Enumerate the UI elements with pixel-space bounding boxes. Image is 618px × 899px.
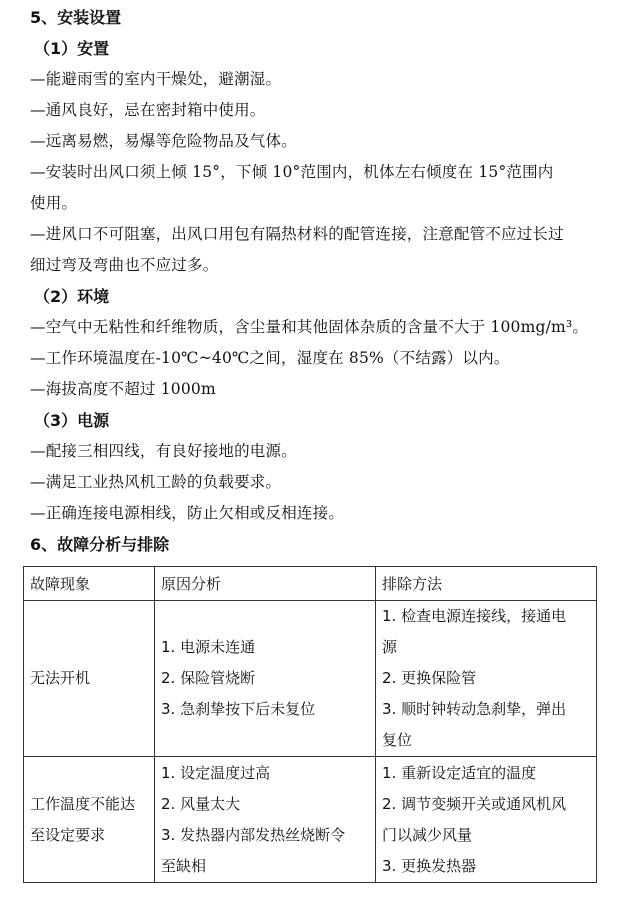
symptom-text: 至设定要求: [30, 820, 148, 851]
document-page: 5、安装设置 （1）安置 —能避雨雪的室内干燥处，避潮湿。 —通风良好，忌在密封…: [30, 2, 600, 560]
troubleshooting-table: 故障现象 原因分析 排除方法 无法开机 1. 电源未连通 2. 保险管烧断 3.…: [23, 566, 597, 883]
solution-cell: 1. 重新设定适宜的温度 2. 调节变频开关或通风机风 门以减少风量 3. 更换…: [376, 757, 597, 883]
table-row: 无法开机 1. 电源未连通 2. 保险管烧断 3. 急刹挚按下后未复位 1. 检…: [24, 601, 597, 757]
table-header-row: 故障现象 原因分析 排除方法: [24, 567, 597, 601]
placement-line: —通风良好，忌在密封箱中使用。: [30, 95, 600, 126]
cause-item: 1. 设定温度过高: [161, 758, 369, 789]
placement-line: —远离易燃，易爆等危险物品及气体。: [30, 126, 600, 157]
environment-line: —海拔高度不超过 1000m: [30, 374, 600, 405]
cause-item: 3. 急刹挚按下后未复位: [161, 694, 369, 725]
troubleshooting-table-wrapper: 故障现象 原因分析 排除方法 无法开机 1. 电源未连通 2. 保险管烧断 3.…: [23, 566, 597, 883]
power-line: —配接三相四线，有良好接地的电源。: [30, 436, 600, 467]
solution-item: 2. 调节变频开关或通风机风: [382, 789, 590, 820]
cause-item: 3. 发热器内部发热丝烧断令: [161, 820, 369, 851]
cause-item: 2. 风量太大: [161, 789, 369, 820]
solution-item: 门以减少风量: [382, 820, 590, 851]
symptom-text: 工作温度不能达: [30, 789, 148, 820]
section-5-title: 5、安装设置: [30, 2, 600, 33]
header-solution: 排除方法: [376, 567, 597, 601]
placement-line: —进风口不可阻塞，出风口用包有隔热材料的配管连接，注意配管不应过长过: [30, 219, 600, 250]
header-symptom: 故障现象: [24, 567, 155, 601]
solution-item: 2. 更换保险管: [382, 663, 590, 694]
environment-line: —工作环境温度在-10℃~40℃之间，湿度在 85%（不结露）以内。: [30, 343, 600, 374]
power-line: —正确连接电源相线，防止欠相或反相连接。: [30, 498, 600, 529]
section-6-title: 6、故障分析与排除: [30, 529, 600, 560]
cause-item: 1. 电源未连通: [161, 632, 369, 663]
solution-cell: 1. 检查电源连接线，接通电 源 2. 更换保险管 3. 顺时钟转动急刹挚，弹出…: [376, 601, 597, 757]
solution-item: 复位: [382, 725, 590, 756]
placement-line: —能避雨雪的室内干燥处，避潮湿。: [30, 64, 600, 95]
solution-item: 源: [382, 632, 590, 663]
table-row: 工作温度不能达 至设定要求 1. 设定温度过高 2. 风量太大 3. 发热器内部…: [24, 757, 597, 883]
cause-item: 至缺相: [161, 851, 369, 882]
subsection-power-title: （3）电源: [30, 405, 600, 436]
solution-item: 1. 检查电源连接线，接通电: [382, 601, 590, 632]
solution-item: 3. 顺时钟转动急刹挚，弹出: [382, 694, 590, 725]
cause-item: 2. 保险管烧断: [161, 663, 369, 694]
subsection-environment-title: （2）环境: [30, 281, 600, 312]
cause-cell: 1. 设定温度过高 2. 风量太大 3. 发热器内部发热丝烧断令 至缺相: [155, 757, 376, 883]
symptom-cell: 无法开机: [24, 601, 155, 757]
subsection-placement-title: （1）安置: [30, 33, 600, 64]
header-cause: 原因分析: [155, 567, 376, 601]
solution-item: 1. 重新设定适宜的温度: [382, 758, 590, 789]
power-line: —满足工业热风机工龄的负载要求。: [30, 467, 600, 498]
environment-line: —空气中无粘性和纤维物质，含尘量和其他固体杂质的含量不大于 100mg/m³。: [30, 312, 600, 343]
symptom-text: 无法开机: [30, 663, 148, 694]
placement-line: —安装时出风口须上倾 15°，下倾 10°范围内，机体左右倾度在 15°范围内: [30, 157, 600, 188]
symptom-cell: 工作温度不能达 至设定要求: [24, 757, 155, 883]
solution-item: 3. 更换发热器: [382, 851, 590, 882]
cause-cell: 1. 电源未连通 2. 保险管烧断 3. 急刹挚按下后未复位: [155, 601, 376, 757]
placement-line: 使用。: [30, 188, 600, 219]
placement-line: 细过弯及弯曲也不应过多。: [30, 250, 600, 281]
